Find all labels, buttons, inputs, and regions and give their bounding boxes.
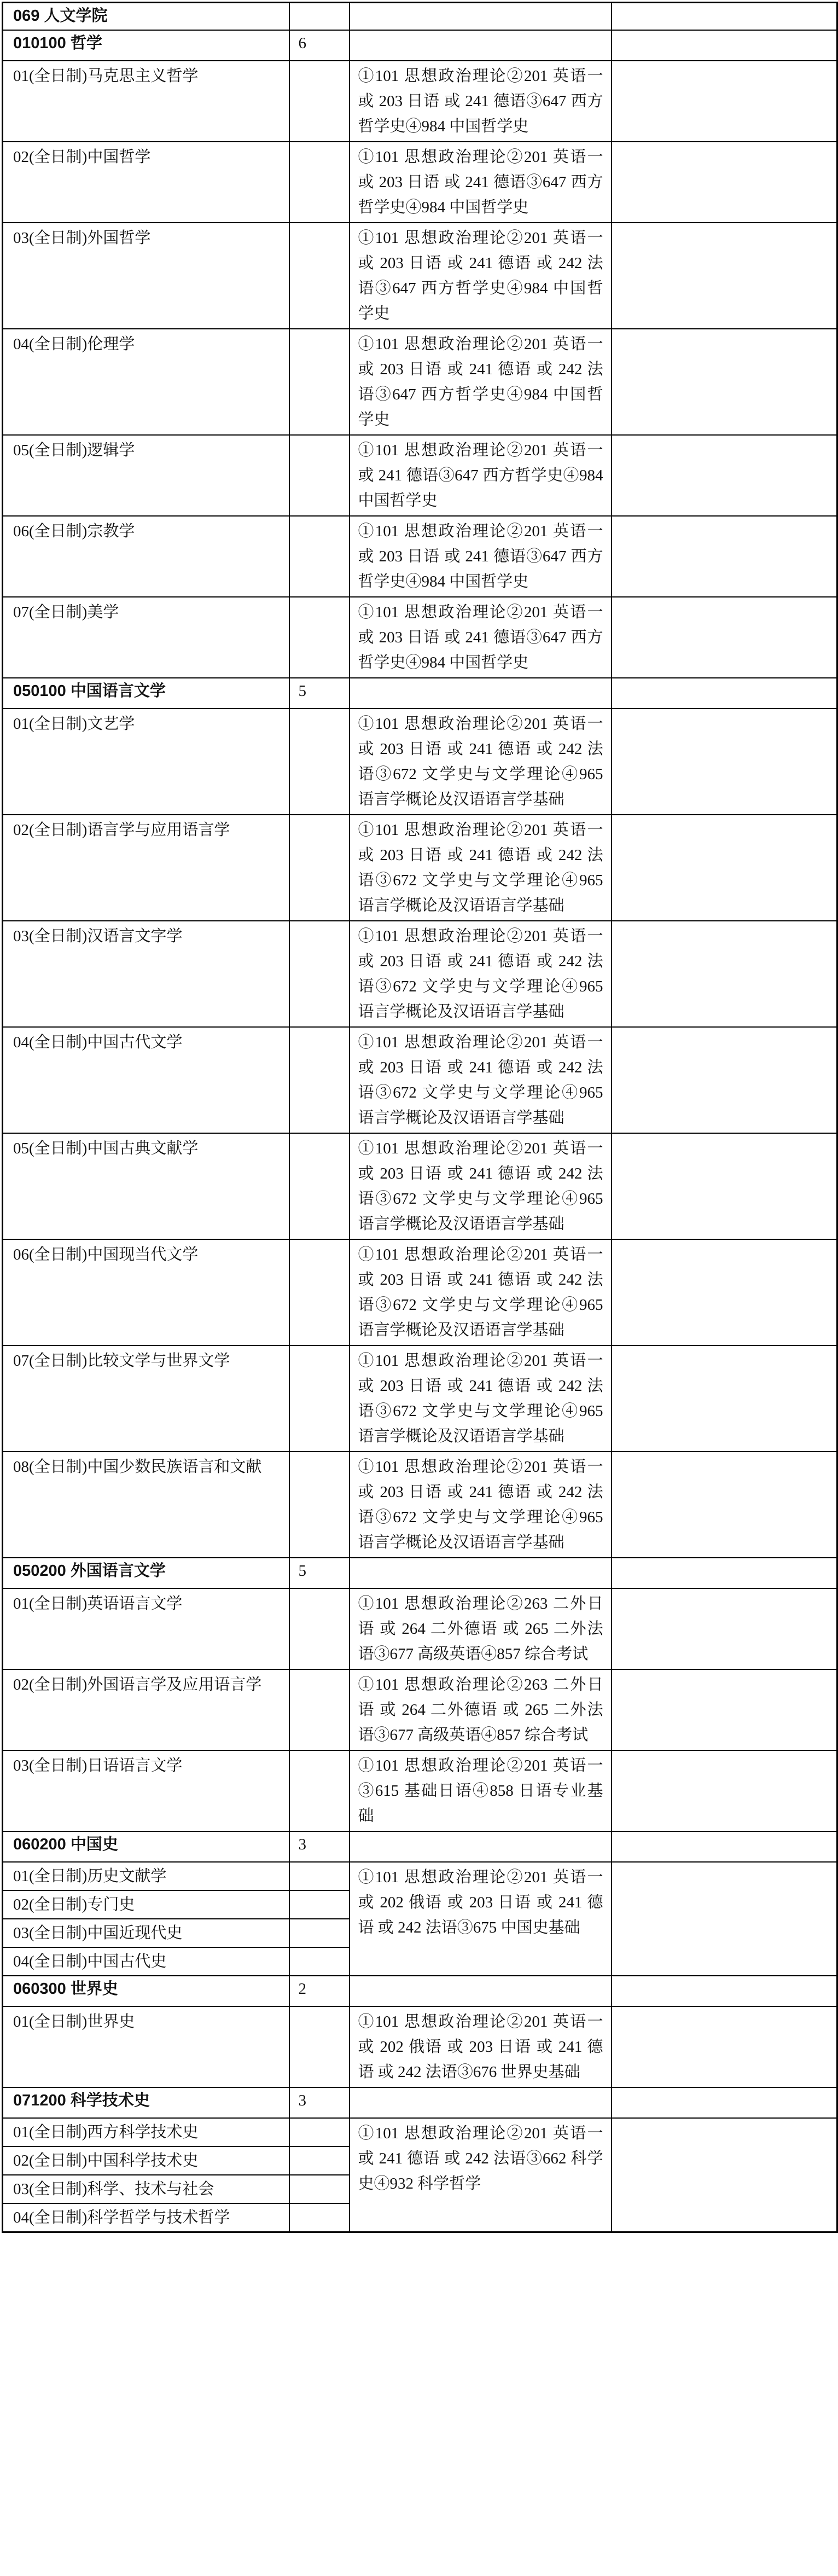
program-row: 01(全日制)世界史 ①101 思想政治理论②201 英语一 或 202 俄语 … (3, 2006, 837, 2087)
exam-subjects-cell (350, 678, 612, 709)
admissions-table: 069 人文学院 010100 哲学 6 01(全日制)马克思主义哲学 ①101… (2, 2, 838, 2233)
section-code-name: 071200 科学技术史 (3, 2087, 289, 2118)
admit-count-cell (289, 1027, 350, 1133)
remarks-cell (612, 2118, 837, 2232)
admit-count-cell (289, 223, 350, 329)
exam-subjects-cell (350, 3, 612, 31)
admit-count-cell (289, 61, 350, 142)
admit-count: 2 (289, 1976, 350, 2006)
program-row: 02(全日制)语言学与应用语言学 ①101 思想政治理论②201 英语一 或 2… (3, 815, 837, 921)
program-label: 01(全日制)历史文献学 (3, 1862, 289, 1890)
section-header-row: 050200 外国语言文学 5 (3, 1558, 837, 1588)
admit-count: 5 (289, 1558, 350, 1588)
program-label: 03(全日制)科学、技术与社会 (3, 2175, 289, 2203)
admit-count-cell (289, 1919, 350, 1947)
program-row: 03(全日制)外国哲学 ①101 思想政治理论②201 英语一 或 203 日语… (3, 223, 837, 329)
exam-subjects: ①101 思想政治理论②201 英语一 或 203 日语 或 241 德语 或 … (350, 709, 612, 815)
program-label: 04(全日制)伦理学 (3, 329, 289, 435)
remarks-cell (612, 1239, 837, 1345)
remarks-cell (612, 709, 837, 815)
remarks-cell (612, 2087, 837, 2118)
section-header-row: 060200 中国史 3 (3, 1831, 837, 1862)
remarks-cell (612, 815, 837, 921)
exam-subjects: ①101 思想政治理论②201 英语一③615 基础日语④858 日语专业基础 (350, 1750, 612, 1831)
program-row: 08(全日制)中国少数民族语言和文献 ①101 思想政治理论②201 英语一 或… (3, 1452, 837, 1558)
admit-count: 3 (289, 1831, 350, 1862)
exam-subjects: ①101 思想政治理论②201 英语一 或 203 日语 或 241 德语③64… (350, 142, 612, 223)
program-label: 07(全日制)比较文学与世界文学 (3, 1345, 289, 1452)
program-label: 01(全日制)马克思主义哲学 (3, 61, 289, 142)
program-row: 01(全日制)西方科学技术史 ①101 思想政治理论②201 英语一 或 241… (3, 2118, 837, 2146)
admit-count-cell (289, 921, 350, 1027)
program-row: 04(全日制)伦理学 ①101 思想政治理论②201 英语一 或 203 日语 … (3, 329, 837, 435)
exam-subjects: ①101 思想政治理论②201 英语一 或 241 德语 或 242 法语③66… (350, 2118, 612, 2232)
remarks-cell (612, 1588, 837, 1669)
admit-count-cell (289, 1345, 350, 1452)
exam-subjects: ①101 思想政治理论②201 英语一 或 203 日语 或 241 德语 或 … (350, 921, 612, 1027)
exam-subjects-cell (350, 30, 612, 61)
admit-count-cell (289, 435, 350, 516)
program-label: 06(全日制)中国现当代文学 (3, 1239, 289, 1345)
admit-count-cell (289, 3, 350, 31)
exam-subjects-cell (350, 1558, 612, 1588)
admit-count-cell (289, 1750, 350, 1831)
remarks-cell (612, 1750, 837, 1831)
program-label: 05(全日制)逻辑学 (3, 435, 289, 516)
remarks-cell (612, 3, 837, 31)
exam-subjects: ①101 思想政治理论②263 二外日语 或 264 二外德语 或 265 二外… (350, 1669, 612, 1750)
program-row: 01(全日制)文艺学 ①101 思想政治理论②201 英语一 或 203 日语 … (3, 709, 837, 815)
admit-count-cell (289, 1669, 350, 1750)
program-row: 01(全日制)英语语言文学 ①101 思想政治理论②263 二外日语 或 264… (3, 1588, 837, 1669)
exam-subjects: ①101 思想政治理论②201 英语一 或 203 日语 或 241 德语 或 … (350, 1133, 612, 1239)
program-label: 01(全日制)西方科学技术史 (3, 2118, 289, 2146)
program-label: 02(全日制)语言学与应用语言学 (3, 815, 289, 921)
remarks-cell (612, 223, 837, 329)
remarks-cell (612, 1558, 837, 1588)
section-code-name: 050100 中国语言文学 (3, 678, 289, 709)
program-row: 06(全日制)中国现当代文学 ①101 思想政治理论②201 英语一 或 203… (3, 1239, 837, 1345)
program-label: 08(全日制)中国少数民族语言和文献 (3, 1452, 289, 1558)
exam-subjects: ①101 思想政治理论②263 二外日语 或 264 二外德语 或 265 二外… (350, 1588, 612, 1669)
program-row: 07(全日制)比较文学与世界文学 ①101 思想政治理论②201 英语一 或 2… (3, 1345, 837, 1452)
exam-subjects-cell (350, 1831, 612, 1862)
admit-count-cell (289, 329, 350, 435)
remarks-cell (612, 329, 837, 435)
admit-count-cell (289, 2118, 350, 2146)
program-label: 01(全日制)文艺学 (3, 709, 289, 815)
remarks-cell (612, 1976, 837, 2006)
program-label: 02(全日制)中国哲学 (3, 142, 289, 223)
admit-count: 6 (289, 30, 350, 61)
admit-count-cell (289, 1133, 350, 1239)
remarks-cell (612, 678, 837, 709)
section-header-row: 010100 哲学 6 (3, 30, 837, 61)
program-row: 02(全日制)外国语言学及应用语言学 ①101 思想政治理论②263 二外日语 … (3, 1669, 837, 1750)
admit-count-cell (289, 815, 350, 921)
program-label: 03(全日制)汉语言文字学 (3, 921, 289, 1027)
section-code-name: 050200 外国语言文学 (3, 1558, 289, 1588)
admit-count-cell (289, 1239, 350, 1345)
program-label: 03(全日制)中国近现代史 (3, 1919, 289, 1947)
exam-subjects: ①101 思想政治理论②201 英语一 或 203 日语 或 241 德语 或 … (350, 1345, 612, 1452)
program-row: 07(全日制)美学 ①101 思想政治理论②201 英语一 或 203 日语 或… (3, 597, 837, 678)
program-row: 03(全日制)汉语言文字学 ①101 思想政治理论②201 英语一 或 203 … (3, 921, 837, 1027)
exam-subjects-cell (350, 1976, 612, 2006)
section-header-row: 071200 科学技术史 3 (3, 2087, 837, 2118)
admit-count-cell (289, 1947, 350, 1976)
remarks-cell (612, 1133, 837, 1239)
admit-count-cell (289, 1588, 350, 1669)
admit-count-cell (289, 2146, 350, 2175)
section-code-name: 010100 哲学 (3, 30, 289, 61)
exam-subjects: ①101 思想政治理论②201 英语一 或 203 日语 或 241 德语 或 … (350, 223, 612, 329)
exam-subjects: ①101 思想政治理论②201 英语一 或 203 日语 或 241 德语 或 … (350, 815, 612, 921)
college-header-row: 069 人文学院 (3, 3, 837, 31)
remarks-cell (612, 1862, 837, 1976)
program-label: 06(全日制)宗教学 (3, 516, 289, 597)
exam-subjects: ①101 思想政治理论②201 英语一 或 203 日语 或 241 德语 或 … (350, 1452, 612, 1558)
exam-subjects: ①101 思想政治理论②201 英语一 或 203 日语 或 241 德语 或 … (350, 1239, 612, 1345)
remarks-cell (612, 597, 837, 678)
program-row: 05(全日制)中国古典文献学 ①101 思想政治理论②201 英语一 或 203… (3, 1133, 837, 1239)
program-label: 03(全日制)外国哲学 (3, 223, 289, 329)
program-row: 02(全日制)中国哲学 ①101 思想政治理论②201 英语一 或 203 日语… (3, 142, 837, 223)
program-row: 01(全日制)马克思主义哲学 ①101 思想政治理论②201 英语一 或 203… (3, 61, 837, 142)
exam-subjects: ①101 思想政治理论②201 英语一 或 241 德语③647 西方哲学史④9… (350, 435, 612, 516)
program-row: 03(全日制)日语语言文学 ①101 思想政治理论②201 英语一③615 基础… (3, 1750, 837, 1831)
remarks-cell (612, 2006, 837, 2087)
program-label: 03(全日制)日语语言文学 (3, 1750, 289, 1831)
program-label: 05(全日制)中国古典文献学 (3, 1133, 289, 1239)
exam-subjects: ①101 思想政治理论②201 英语一 或 203 日语 或 241 德语 或 … (350, 1027, 612, 1133)
exam-subjects: ①101 思想政治理论②201 英语一 或 203 日语 或 241 德语③64… (350, 61, 612, 142)
remarks-cell (612, 1669, 837, 1750)
admit-count-cell (289, 1862, 350, 1890)
program-label: 02(全日制)外国语言学及应用语言学 (3, 1669, 289, 1750)
program-row: 05(全日制)逻辑学 ①101 思想政治理论②201 英语一 或 241 德语③… (3, 435, 837, 516)
remarks-cell (612, 921, 837, 1027)
exam-subjects: ①101 思想政治理论②201 英语一 或 202 俄语 或 203 日语 或 … (350, 2006, 612, 2087)
program-label: 01(全日制)英语语言文学 (3, 1588, 289, 1669)
remarks-cell (612, 61, 837, 142)
program-label: 02(全日制)中国科学技术史 (3, 2146, 289, 2175)
admit-count-cell (289, 142, 350, 223)
admit-count: 5 (289, 678, 350, 709)
document-page: 069 人文学院 010100 哲学 6 01(全日制)马克思主义哲学 ①101… (0, 2, 838, 2233)
program-label: 01(全日制)世界史 (3, 2006, 289, 2087)
section-header-row: 050100 中国语言文学 5 (3, 678, 837, 709)
program-label: 04(全日制)中国古代文学 (3, 1027, 289, 1133)
admit-count-cell (289, 516, 350, 597)
exam-subjects-cell (350, 2087, 612, 2118)
admit-count-cell (289, 1452, 350, 1558)
admit-count-cell (289, 2203, 350, 2232)
exam-subjects: ①101 思想政治理论②201 英语一 或 203 日语 或 241 德语 或 … (350, 329, 612, 435)
program-label: 02(全日制)专门史 (3, 1890, 289, 1919)
exam-subjects: ①101 思想政治理论②201 英语一 或 203 日语 或 241 德语③64… (350, 597, 612, 678)
exam-subjects: ①101 思想政治理论②201 英语一 或 202 俄语 或 203 日语 或 … (350, 1862, 612, 1976)
program-row: 01(全日制)历史文献学 ①101 思想政治理论②201 英语一 或 202 俄… (3, 1862, 837, 1890)
remarks-cell (612, 1345, 837, 1452)
program-label: 04(全日制)中国古代史 (3, 1947, 289, 1976)
admit-count: 3 (289, 2087, 350, 2118)
admit-count-cell (289, 2006, 350, 2087)
remarks-cell (612, 30, 837, 61)
program-label: 07(全日制)美学 (3, 597, 289, 678)
remarks-cell (612, 1452, 837, 1558)
program-row: 06(全日制)宗教学 ①101 思想政治理论②201 英语一 或 203 日语 … (3, 516, 837, 597)
remarks-cell (612, 1831, 837, 1862)
remarks-cell (612, 1027, 837, 1133)
program-row: 04(全日制)中国古代文学 ①101 思想政治理论②201 英语一 或 203 … (3, 1027, 837, 1133)
remarks-cell (612, 142, 837, 223)
college-name: 069 人文学院 (3, 3, 289, 31)
admit-count-cell (289, 1890, 350, 1919)
remarks-cell (612, 435, 837, 516)
exam-subjects: ①101 思想政治理论②201 英语一 或 203 日语 或 241 德语③64… (350, 516, 612, 597)
program-label: 04(全日制)科学哲学与技术哲学 (3, 2203, 289, 2232)
admit-count-cell (289, 2175, 350, 2203)
section-code-name: 060200 中国史 (3, 1831, 289, 1862)
section-code-name: 060300 世界史 (3, 1976, 289, 2006)
remarks-cell (612, 516, 837, 597)
admit-count-cell (289, 709, 350, 815)
admit-count-cell (289, 597, 350, 678)
section-header-row: 060300 世界史 2 (3, 1976, 837, 2006)
